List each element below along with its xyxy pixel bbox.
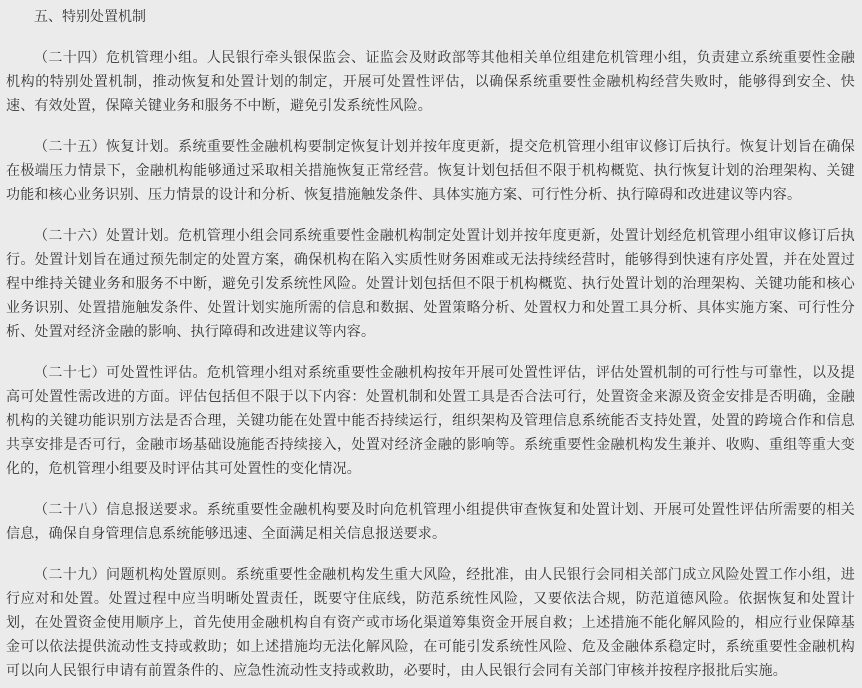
paragraph-clause-27: （二十七）可处置性评估。危机管理小组对系统重要性金融机构按年开展可处置性评估，评… — [6, 362, 855, 482]
paragraph-clause-29: （二十九）问题机构处置原则。系统重要性金融机构发生重大风险，经批准，由人民银行会… — [6, 564, 855, 684]
paragraph-clause-28: （二十八）信息报送要求。系统重要性金融机构要及时向危机管理小组提供审查恢复和处置… — [6, 499, 855, 547]
document-page: 五、特别处置机制 （二十四）危机管理小组。人民银行牵头银保监会、证监会及财政部等… — [0, 0, 862, 688]
paragraph-clause-26: （二十六）处置计划。危机管理小组会同系统重要性金融机构制定处置计划并按年度更新，… — [6, 225, 855, 345]
section-heading: 五、特别处置机制 — [6, 6, 855, 30]
paragraph-clause-24: （二十四）危机管理小组。人民银行牵头银保监会、证监会及财政部等其他相关单位组建危… — [6, 47, 855, 119]
paragraph-clause-25: （二十五）恢复计划。系统重要性金融机构要制定恢复计划并按年度更新，提交危机管理小… — [6, 136, 855, 208]
